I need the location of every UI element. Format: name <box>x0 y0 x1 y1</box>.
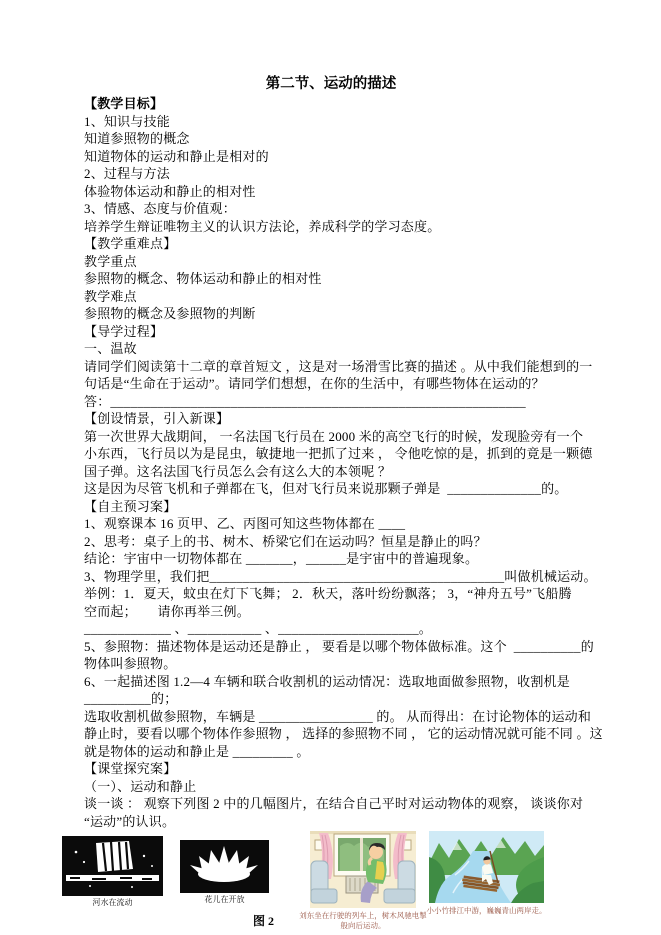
doc-line: 教学难点 <box>84 288 594 306</box>
raft-river-illustration <box>429 831 544 903</box>
doc-line: 国子弹。这名法国飞行员怎么会有这么大的本领呢 ？ <box>84 463 594 481</box>
raft-cartoon: 小小竹排江中游，巍巍青山两岸走。 <box>424 831 549 916</box>
train-interior-illustration <box>310 831 416 908</box>
fill-blank-line: 就是物体的运动和静止是 _________ 。 <box>84 743 594 761</box>
section-heading-guided-process: 【导学过程】 <box>84 323 594 341</box>
doc-line: 参照物的概念、物体运动和静止的相对性 <box>84 270 594 288</box>
answer-blank-line: 答：______________________________________… <box>84 393 594 411</box>
doc-line: 物体叫参照物。 <box>84 655 594 673</box>
fill-blank-line: 5、参照物：描述物体是运动还是静止 ， 要看是以哪个物体做标准。这个 _____… <box>84 638 594 656</box>
doc-line: 知道参照物的概念 <box>84 130 594 148</box>
doc-line: 空而起； 请你再举三例。 <box>84 603 594 621</box>
figure-label: 图 2 <box>253 912 274 929</box>
train-caption: 刘东坐在行驶的列车上，树木风驰电掣般向后运动。 <box>298 911 428 931</box>
fill-blank-line: __________的； <box>84 690 594 708</box>
fill-blank-line: 这是因为尽管飞机和子弹都在飞，但对飞行员来说那颗子弹是 ____________… <box>84 480 594 498</box>
doc-line: （一）、运动和静止 <box>84 778 594 796</box>
worksheet-page: 第二节、运动的描述 【教学目标】 1、知识与技能 知道参照物的概念 知道物体的运… <box>0 0 661 935</box>
train-cartoon: 刘东坐在行驶的列车上，树木风驰电掣般向后运动。 <box>298 831 428 931</box>
fill-blank-line: _____________ 、___________ 、____________… <box>84 620 594 638</box>
waterfall-caption: 河水在流动 <box>62 898 163 908</box>
doc-line: 参照物的概念及参照物的判断 <box>84 305 594 323</box>
fill-blank-line: 结论：宇宙中一切物体都在 _______，______是宇宙中的普遍现象。 <box>84 550 594 568</box>
section-heading-teaching-goals: 【教学目标】 <box>84 95 594 113</box>
doc-line: 举例：1．夏天，蚊虫在灯下飞舞； 2．秋天，落叶纷纷飘落； 3，“神舟五号”飞船… <box>84 585 594 603</box>
raft-caption: 小小竹排江中游，巍巍青山两岸走。 <box>424 906 549 916</box>
page-title: 第二节、运动的描述 <box>84 74 578 94</box>
section-heading-preview: 【自主预习案】 <box>84 498 594 516</box>
doc-line: 一、温故 <box>84 340 594 358</box>
waterfall-illustration <box>62 836 163 896</box>
doc-line: 静止时，要看以哪个物体作参照物 ， 选择的参照物不同 ， 它的运动情况就可能不同… <box>84 725 594 743</box>
lotus-illustration <box>180 840 269 893</box>
doc-line: 1、知识与技能 <box>84 113 594 131</box>
doc-line: 2、过程与方法 <box>84 165 594 183</box>
doc-line: 第一次世界大战期间， 一名法国飞行员在 2000 米的高空飞行的时候，发现脸旁有… <box>84 428 594 446</box>
section-heading-key-points: 【教学重难点】 <box>84 235 594 253</box>
doc-line: 请同学们阅读第十二章的章首短文 ，这是对一场滑雪比赛的描述 。从中我们能想到的一 <box>84 358 594 376</box>
doc-line: 培养学生辩证唯物主义的认识方法论，养成科学的学习态度。 <box>84 218 594 236</box>
waterfall-photo: 河水在流动 <box>62 836 163 908</box>
doc-line: 6、一起描述图 1.2—4 车辆和联合收割机的运动情况：选取地面做参照物，收割机… <box>84 673 594 691</box>
figure-2-row: 河水在流动 花儿在开放 <box>0 830 661 935</box>
doc-line: 2、思考：桌子上的书、树木、桥梁它们在运动吗？恒星是静止的吗？ <box>84 533 594 551</box>
section-heading-classroom-inquiry: 【课堂探究案】 <box>84 760 594 778</box>
section-heading-new-lesson: 【创设情景，引入新课】 <box>84 410 594 428</box>
doc-line: 句话是“生命在于运动”。请同学们想想，在你的生活中，有哪些物体在运动的？ <box>84 375 594 393</box>
document-body: 【教学目标】 1、知识与技能 知道参照物的概念 知道物体的运动和静止是相对的 2… <box>84 95 594 830</box>
doc-line: 3、情感、态度与价值观： <box>84 200 594 218</box>
doc-line: 知道物体的运动和静止是相对的 <box>84 148 594 166</box>
doc-line: 体验物体运动和静止的相对性 <box>84 183 594 201</box>
lotus-caption: 花儿在开放 <box>180 895 269 905</box>
doc-line: 教学重点 <box>84 253 594 271</box>
fill-blank-line: 1、观察课本 16 页甲、乙、丙图可知这些物体都在 ____ <box>84 515 594 533</box>
doc-line: “运动”的认识。 <box>84 813 594 831</box>
fill-blank-line: 3、物理学里，我们把______________________________… <box>84 568 594 586</box>
lotus-photo: 花儿在开放 <box>180 840 269 905</box>
doc-line: 小东西，飞行员以为是昆虫，敏捷地一把抓了过来 ， 令他吃惊的是，抓到的竟是一颗德 <box>84 445 594 463</box>
fill-blank-line: 选取收割机做参照物，车辆是 _________________ 的。 从而得出：… <box>84 708 594 726</box>
doc-line: 谈一谈 ： 观察下列图 2 中的几幅图片，在结合自己平时对运动物体的观察， 谈谈… <box>84 795 594 813</box>
